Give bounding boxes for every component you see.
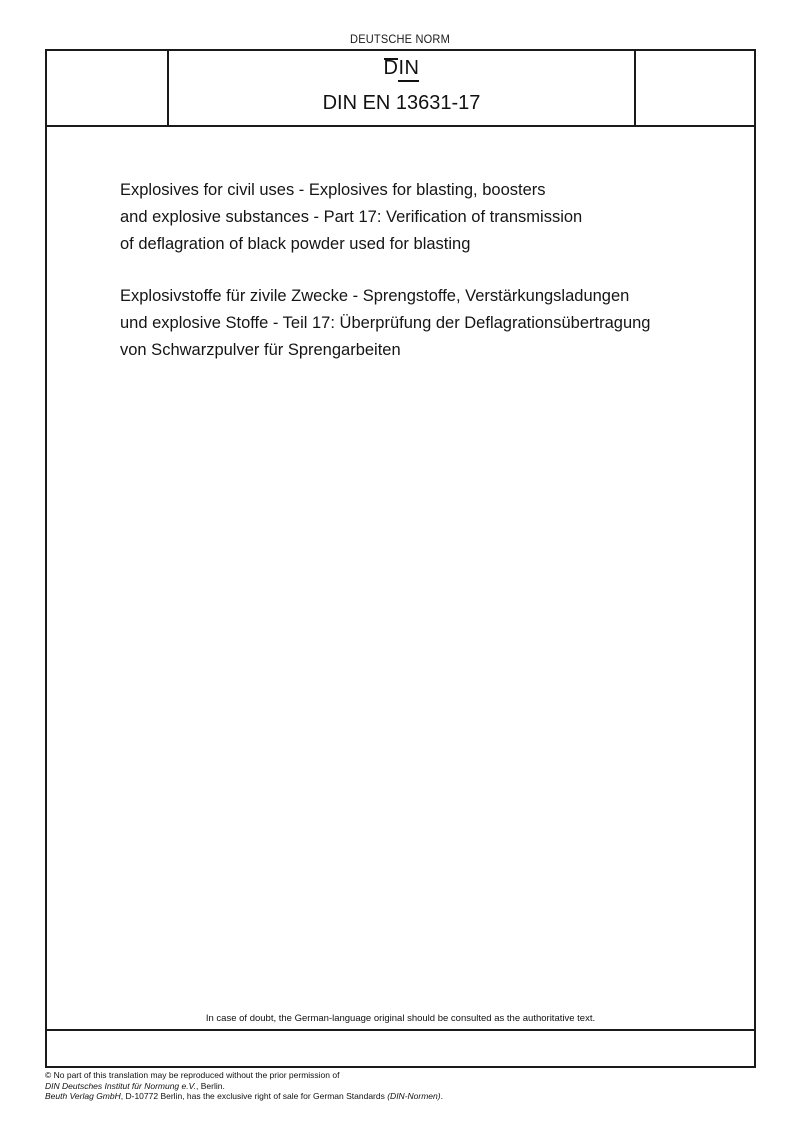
copyright-line-3: Beuth Verlag GmbH, D-10772 Berlin, has t…	[45, 1091, 443, 1102]
document-number: DIN EN 13631-17	[169, 91, 634, 115]
copyright-notice: © No part of this translation may be rep…	[45, 1070, 443, 1102]
copyright-line-2: DIN Deutsches Institut für Normung e.V.,…	[45, 1081, 443, 1092]
copyright-line-1: © No part of this translation may be rep…	[45, 1070, 443, 1081]
header-cell-right	[634, 51, 754, 125]
beuth-verlag-name: Beuth Verlag GmbH	[45, 1091, 121, 1101]
title-english-line: Explosives for civil uses - Explosives f…	[120, 177, 740, 204]
title-english-line: and explosive substances - Part 17: Veri…	[120, 204, 740, 231]
din-logo-underline	[398, 80, 419, 82]
din-logo: DIN	[384, 57, 420, 79]
din-logo-in-text: IN	[398, 57, 419, 79]
document-frame: DIN DIN EN 13631-17 Explosives for civil…	[45, 49, 756, 1068]
copyright-line-2-rest: , Berlin.	[196, 1081, 225, 1091]
doubt-notice: In case of doubt, the German-language or…	[47, 1009, 754, 1031]
din-institute-name: DIN Deutsches Institut für Normung e.V.	[45, 1081, 196, 1091]
title-german-line: und explosive Stoffe - Teil 17: Überprüf…	[120, 310, 740, 337]
title-german: Explosivstoffe für zivile Zwecke - Spren…	[120, 283, 740, 364]
header-cell-left	[47, 51, 169, 125]
copyright-line-3-end: .	[441, 1091, 443, 1101]
din-normen-label: (DIN-Normen)	[387, 1091, 440, 1101]
title-german-line: von Schwarzpulver für Sprengarbeiten	[120, 337, 740, 364]
title-english: Explosives for civil uses - Explosives f…	[120, 177, 740, 258]
din-logo-in: IN	[398, 57, 419, 79]
title-english-line: of deflagration of black powder used for…	[120, 231, 740, 258]
header-center: DIN DIN EN 13631-17	[169, 51, 634, 125]
deutsche-norm-label: DEUTSCHE NORM	[32, 32, 768, 46]
copyright-line-3-mid: , D-10772 Berlin, has the exclusive righ…	[121, 1091, 387, 1101]
din-logo-d: D	[384, 57, 399, 79]
header-row: DIN DIN EN 13631-17	[47, 51, 754, 127]
title-german-line: Explosivstoffe für zivile Zwecke - Spren…	[120, 283, 740, 310]
